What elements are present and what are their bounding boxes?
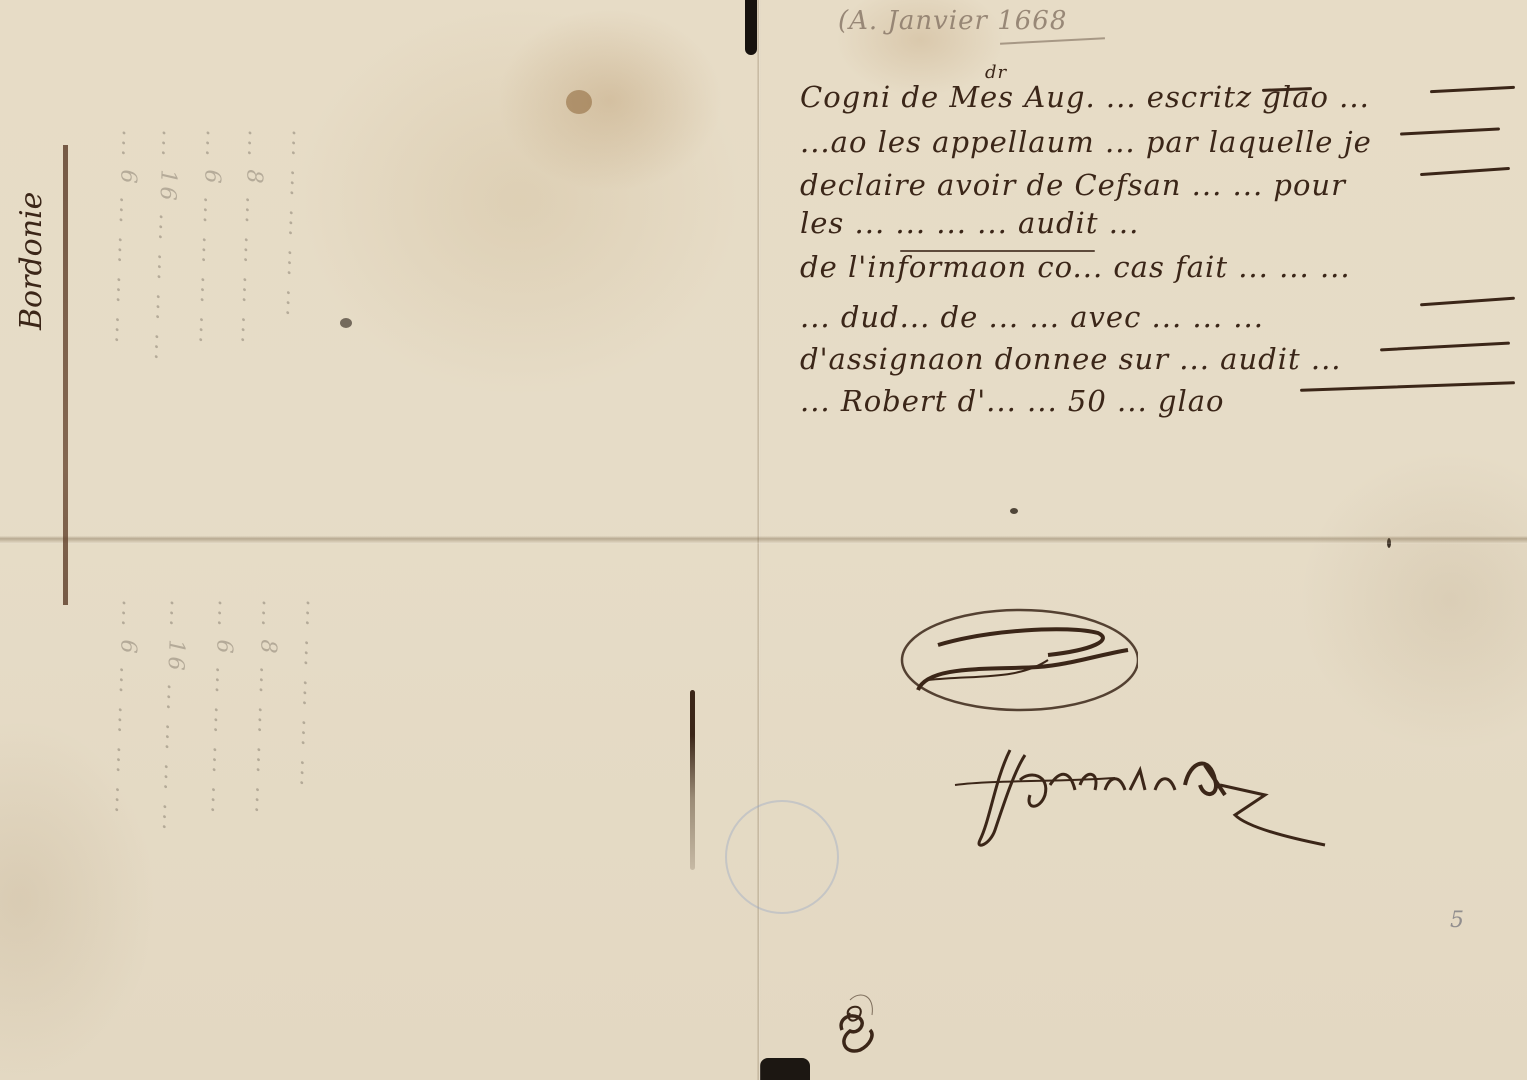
underline-stroke — [900, 250, 1095, 252]
ink-stain — [340, 318, 352, 328]
line-end-dash — [1420, 167, 1510, 176]
bleed-through-column: ... 6 ... ... ... ... — [205, 599, 238, 817]
line-end-dash — [1400, 127, 1500, 135]
line-end-dash — [1430, 86, 1515, 93]
bleed-through-column: ... 6 ... ... ... ... — [109, 599, 142, 817]
body-line: Cogni de Mes Aug. ... escritz glao ... — [800, 80, 1370, 114]
line-end-dash — [1420, 297, 1515, 307]
bleed-through-column: ... 8 ... ... ... ... — [235, 129, 268, 347]
bleed-through-column: ... ... ... ... ... — [280, 129, 312, 320]
bleed-through-column: ... 6 ... ... ... ... — [109, 129, 142, 347]
bleed-through-column: ... 16 ... ... ... ... — [149, 129, 182, 364]
faded-stamp — [725, 800, 839, 914]
margin-rule-line — [63, 145, 68, 605]
page-number: 5 — [1450, 908, 1464, 933]
body-line: d'assignaon donnee sur ... audit ... — [800, 342, 1342, 376]
initials-flourish-icon — [830, 985, 890, 1060]
body-line: les ... ... ... ... audit ... — [800, 206, 1139, 240]
ink-stain — [1010, 508, 1018, 514]
manuscript-page: ... 6 ... ... ... ... ... 16 ... ... ...… — [0, 0, 1527, 1080]
body-line: ... dud... de ... ... avec ... ... ... — [800, 300, 1264, 334]
bleed-through-column: ... 6 ... ... ... ... — [193, 129, 226, 347]
line-end-dash — [1300, 381, 1515, 392]
body-line: ... Robert d'... ... 50 ... glao — [800, 384, 1225, 418]
paper-tear-bottom — [760, 1058, 810, 1080]
bleed-through-column: ... ... ... ... ... — [294, 599, 326, 790]
body-line: de l'informaon co... cas fait ... ... ..… — [800, 250, 1351, 284]
body-line: ...ao les appellaum ... par laquelle je — [800, 125, 1372, 159]
bleed-through-column: ... 8 ... ... ... ... — [249, 599, 282, 817]
bleed-through-column: ... 16 ... ... ... ... — [157, 599, 190, 834]
paper-tear-top — [745, 0, 757, 55]
body-line: declaire avoir de Cefsan ... ... pour — [800, 168, 1346, 202]
ink-mark — [690, 690, 695, 870]
date-underline — [1000, 37, 1105, 44]
date-annotation: (A. Janvier 1668 — [838, 6, 1067, 36]
fold-line-horizontal — [0, 536, 1527, 544]
ink-stain — [566, 90, 592, 114]
margin-note: Bordonie — [14, 192, 49, 330]
paraph-flourish-icon — [898, 605, 1138, 713]
line-end-dash — [1380, 342, 1510, 352]
signature-icon — [935, 740, 1335, 860]
